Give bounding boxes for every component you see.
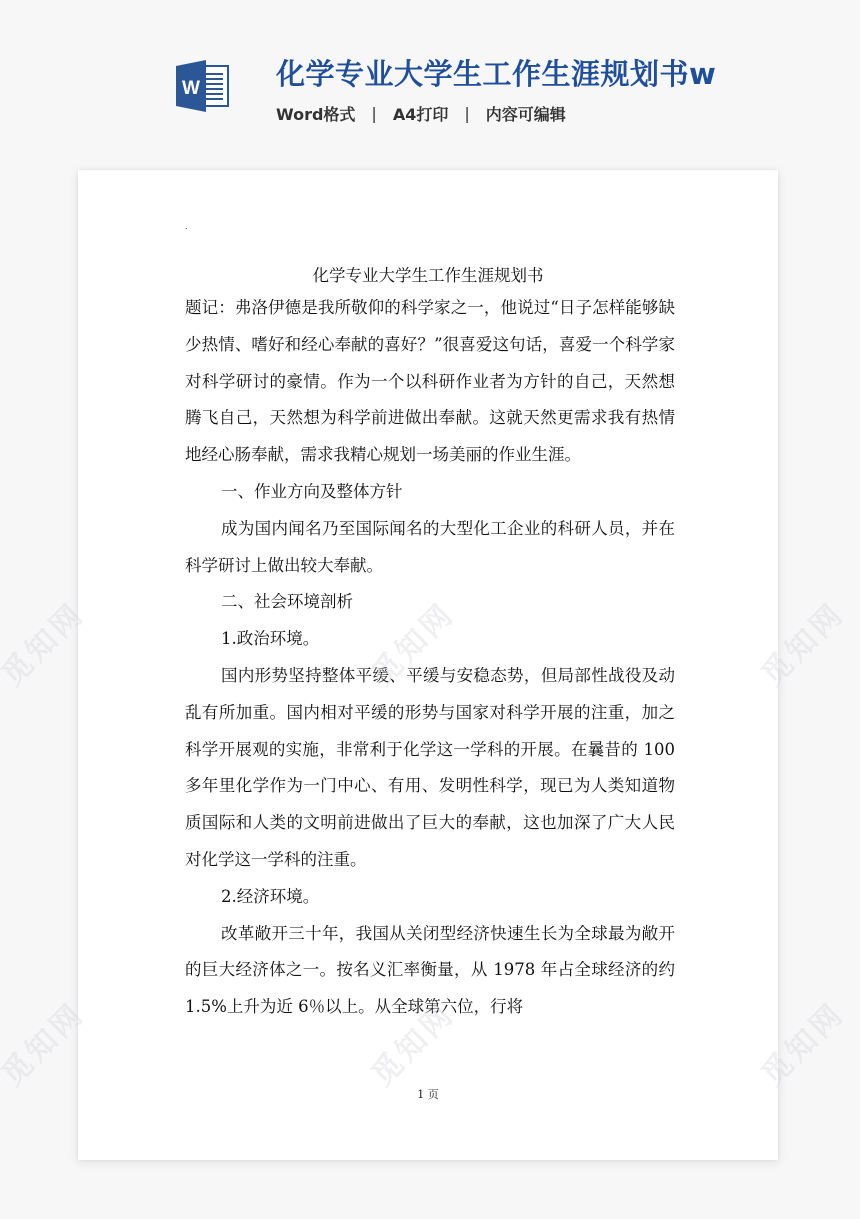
document-title: 化学专业大学生工作生涯规划书	[78, 262, 778, 286]
separator: |	[371, 104, 376, 123]
page-number: 1 页	[78, 1086, 778, 1102]
document-body: 题记：弗洛伊德是我所敬仰的科学家之一，他说过“日子怎样能够缺少热情、嗜好和经心奉…	[185, 290, 675, 1026]
paragraph-epigraph: 题记：弗洛伊德是我所敬仰的科学家之一，他说过“日子怎样能够缺少热情、嗜好和经心奉…	[185, 290, 675, 474]
subsection-heading-political: 1.政治环境。	[185, 621, 675, 658]
paragraph: 改革敞开三十年，我国从关闭型经济快速生长为全球最为敞开的巨大经济体之一。按名义汇…	[185, 916, 675, 1026]
format-word: Word格式	[276, 102, 355, 125]
separator: |	[464, 104, 469, 123]
section-heading-1: 一、作业方向及整体方针	[185, 474, 675, 511]
top-mark: .	[185, 222, 188, 231]
format-editable: 内容可编辑	[486, 102, 566, 125]
format-a4: A4打印	[393, 102, 449, 125]
paragraph: 国内形势坚持整体平缓、平缓与安稳态势，但局部性战役及动乱有所加重。国内相对平缓的…	[185, 658, 675, 879]
header: W 化学专业大学生工作生涯规划书w Word格式 | A4打印 | 内容可编辑	[0, 0, 860, 160]
subsection-heading-economic: 2.经济环境。	[185, 879, 675, 916]
word-document-icon: W	[174, 60, 230, 112]
paragraph: 成为国内闻名乃至国际闻名的大型化工企业的科研人员，并在科学研讨上做出较大奉献。	[185, 511, 675, 585]
section-heading-2: 二、社会环境剖析	[185, 584, 675, 621]
svg-text:W: W	[182, 78, 200, 99]
document-page: . 化学专业大学生工作生涯规划书 题记：弗洛伊德是我所敬仰的科学家之一，他说过“…	[78, 170, 778, 1160]
page-title: 化学专业大学生工作生涯规划书w	[276, 52, 716, 93]
format-info: Word格式 | A4打印 | 内容可编辑	[276, 102, 566, 125]
